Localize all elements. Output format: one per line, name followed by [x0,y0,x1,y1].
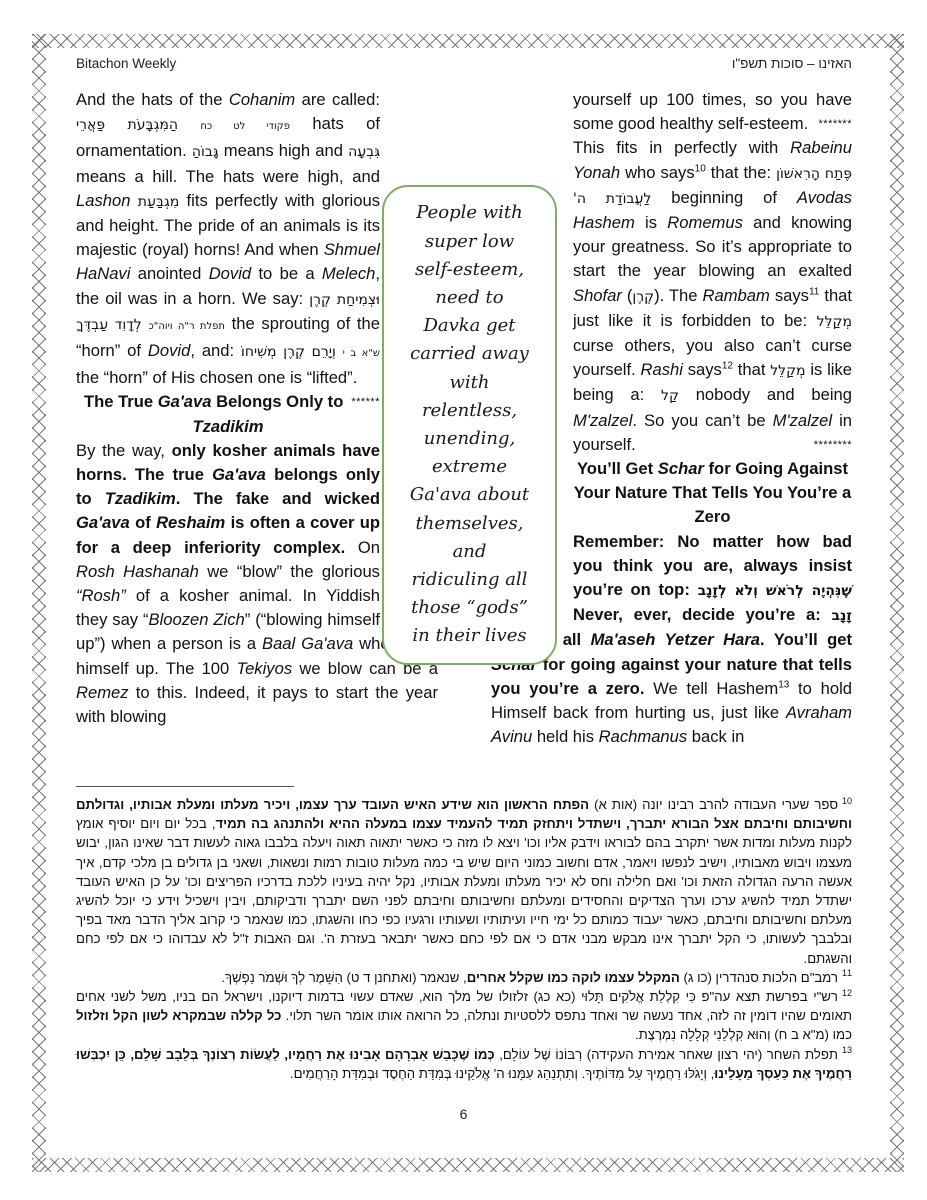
footnote-11: 11רמב"ם הלכות סנהדרין (כו ג) המקלל עצמו … [76,968,852,987]
pull-quote-line: need to [435,284,503,312]
footnote-separator [76,786,294,787]
decorative-border-bottom [32,1158,904,1172]
section-separator: ******** [814,433,852,457]
pull-quote-line: with [450,369,490,397]
footnote-ref-10[interactable]: 10 [695,163,706,174]
pull-quote-line: Ga'ava about [410,481,529,509]
decorative-border-top [32,34,904,48]
publication-title: Bitachon Weekly [76,56,176,71]
pull-quote-box: People with super low self-esteem, need … [382,185,557,665]
pull-quote-line: those “gods” [411,594,528,622]
parsha-title: האזינו – סוכות תשפ"ו [732,56,852,71]
section-separator: ******* [819,112,852,136]
pull-quote-line: and [453,538,487,566]
pull-quote-line: self-esteem, [415,256,524,284]
pull-quote-line: unending, [424,425,516,453]
pull-quote-line: super low [425,228,514,256]
pull-quote-line: extreme [432,453,507,481]
footnote-13: 13תפלת השחר (יהי רצון שאחר אמירת העקידה)… [76,1045,852,1083]
footnote-12: 12רש"י בפרשת תצא עה"פ כִּי קִלְלַת אֱלֹק… [76,987,852,1045]
footnote-10: 10ספר שערי העבודה להרב רבינו יונה (אות א… [76,795,852,968]
paragraph-self-esteem: yourself up 100 times, so you have some … [491,88,852,136]
pull-quote-line: ridiculing all [412,566,528,594]
decorative-border-right [890,34,904,1172]
footnotes-section: 10ספר שערי העבודה להרב רבינו יונה (אות א… [76,795,852,1083]
decorative-border-left [32,34,46,1172]
pull-quote-line: in their lives [412,622,526,650]
footnote-ref-12[interactable]: 12 [722,361,733,372]
pull-quote-line: People with [416,199,522,227]
page-header: Bitachon Weekly האזינו – סוכות תשפ"ו [76,56,852,71]
pull-quote-line: themselves, [416,510,524,538]
footnote-ref-13[interactable]: 13 [778,679,789,690]
pull-quote-line: relentless, [422,397,517,425]
page-number: 6 [0,1106,927,1122]
section-separator: ****** [351,390,380,414]
footnote-ref-11[interactable]: 11 [809,286,819,297]
pull-quote-line: carried away [410,340,529,368]
pull-quote-line: Davka get [423,312,515,340]
